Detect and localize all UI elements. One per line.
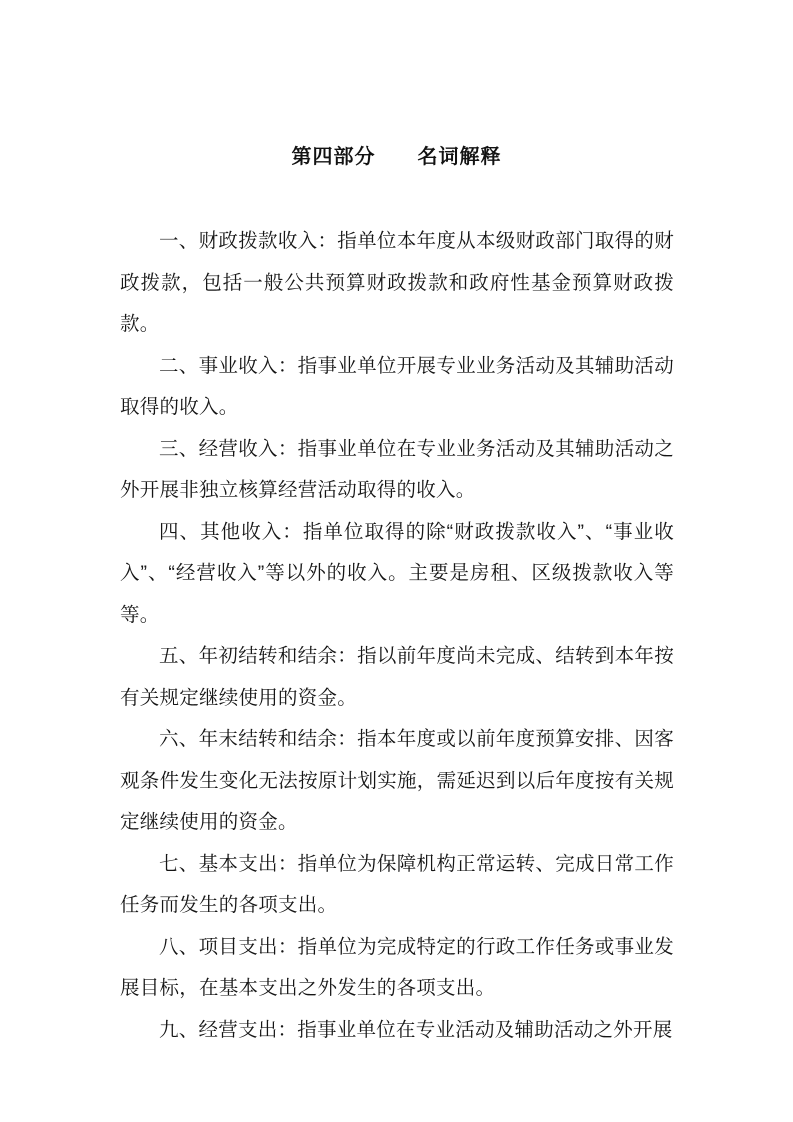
definition-paragraph-1: 一、财政拨款收入：指单位本年度从本级财政部门取得的财政拨款，包括一般公共预算财政… [120,221,674,346]
definition-paragraph-4: 四、其他收入：指单位取得的除“财政拨款收入”、“事业收入”、“经营收入”等以外的… [120,512,674,637]
definition-paragraph-6: 六、年末结转和结余：指本年度或以前年度预算安排、因客观条件发生变化无法按原计划实… [120,719,674,844]
definition-paragraph-2: 二、事业收入：指事业单位开展专业业务活动及其辅助活动取得的收入。 [120,346,674,429]
document-page: 第四部分 名词解释 一、财政拨款收入：指单位本年度从本级财政部门取得的财政拨款，… [0,0,793,1122]
definition-paragraph-8: 八、项目支出：指单位为完成特定的行政工作任务或事业发展目标，在基本支出之外发生的… [120,927,674,1010]
definition-paragraph-5: 五、年初结转和结余：指以前年度尚未完成、结转到本年按有关规定继续使用的资金。 [120,636,674,719]
definition-paragraph-7: 七、基本支出：指单位为保障机构正常运转、完成日常工作任务而发生的各项支出。 [120,844,674,927]
definition-paragraph-9: 九、经营支出：指事业单位在专业活动及辅助活动之外开展 [120,1010,674,1052]
page-title: 第四部分 名词解释 [0,143,793,171]
definitions-section: 一、财政拨款收入：指单位本年度从本级财政部门取得的财政拨款，包括一般公共预算财政… [120,221,674,1051]
definition-paragraph-3: 三、经营收入：指事业单位在专业业务活动及其辅助活动之外开展非独立核算经营活动取得… [120,429,674,512]
